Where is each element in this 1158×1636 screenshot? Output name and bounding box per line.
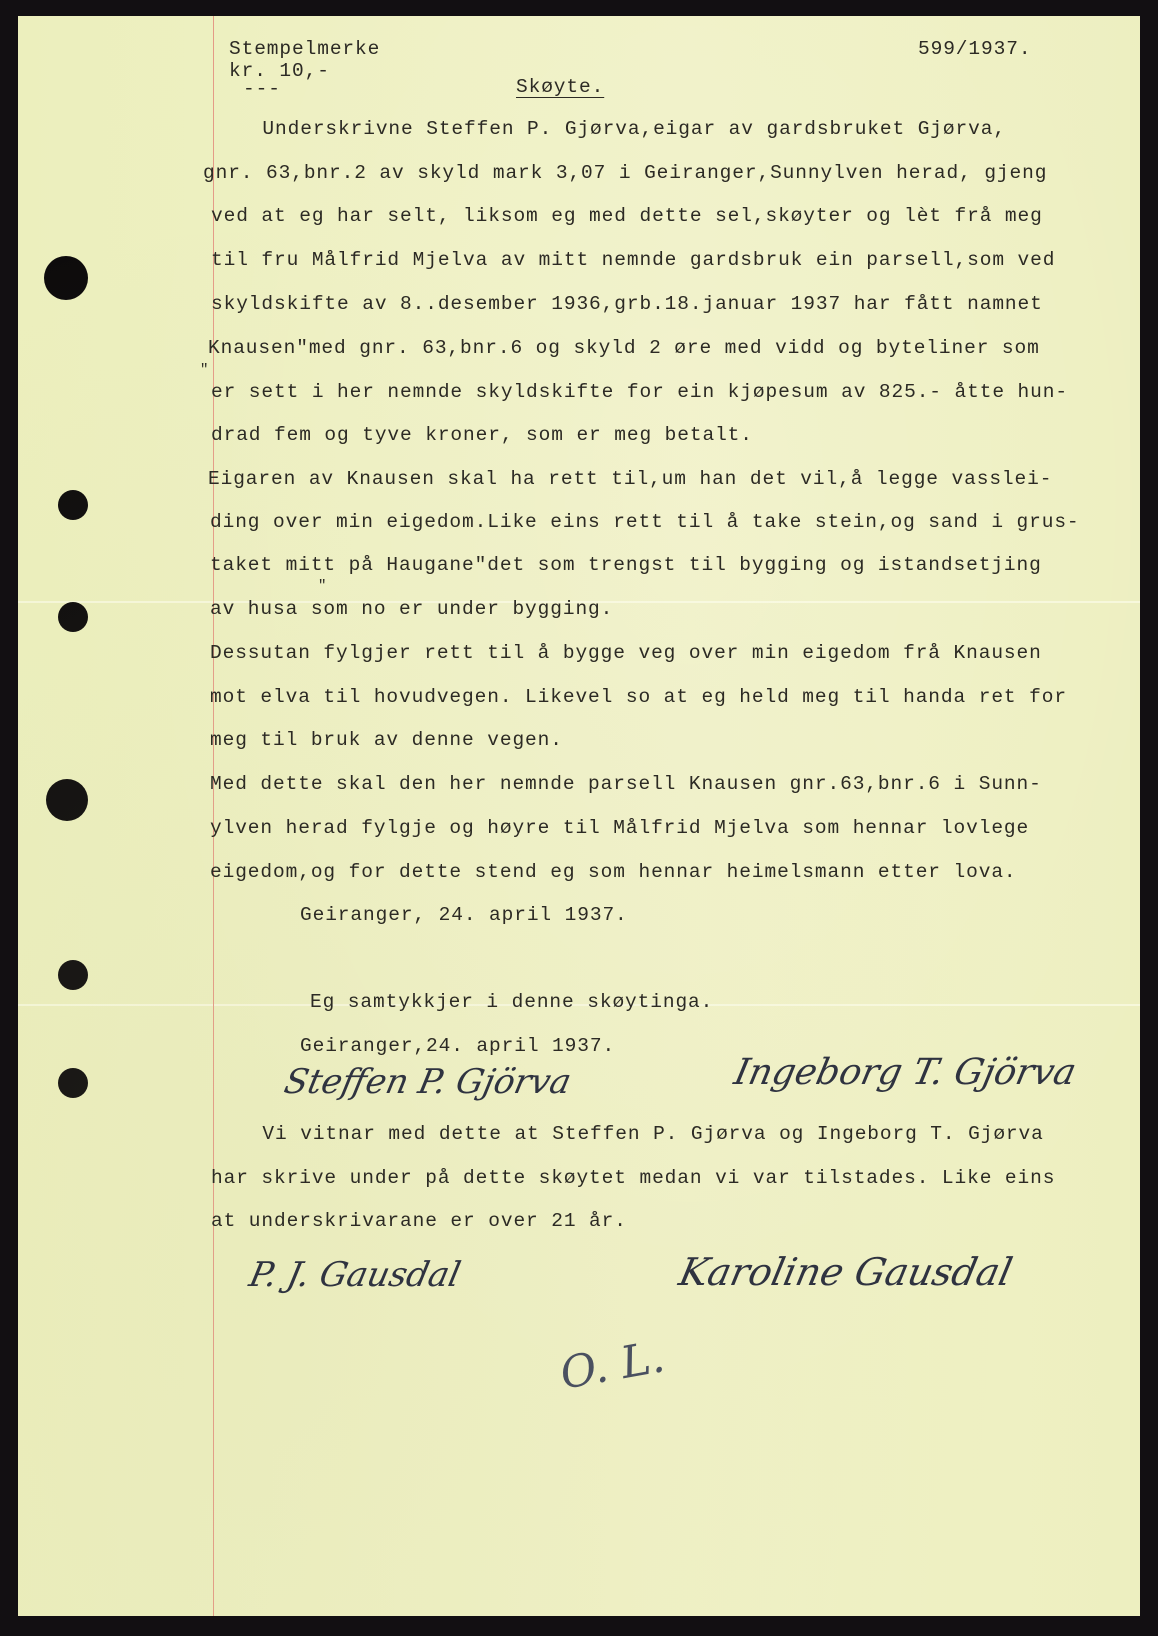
body-line: skyldskifte av 8..desember 1936,grb.18.j…	[211, 293, 1043, 315]
signature-witness-2: Karoline Gausdal	[675, 1250, 1016, 1294]
body-line: Underskrivne Steffen P. Gjørva,eigar av …	[212, 118, 1006, 140]
date-line: Geiranger,24. april 1937.	[300, 1035, 615, 1057]
punch-hole	[44, 256, 88, 300]
body-line: drad fem og tyve kroner, som er meg beta…	[211, 424, 753, 446]
punch-hole	[58, 1068, 88, 1098]
punch-hole	[58, 490, 88, 520]
body-line: av husa som no er under bygging.	[210, 598, 613, 620]
reference-number: 599/1937.	[918, 38, 1031, 60]
body-line: er sett i her nemnde skyldskifte for ein…	[211, 381, 1068, 403]
body-line: gnr. 63,bnr.2 av skyld mark 3,07 i Geira…	[203, 162, 1047, 184]
signature-witness-1: P. J. Gausdal	[246, 1255, 464, 1295]
signature-seller: Steffen P. Gjörva	[281, 1062, 575, 1102]
body-line: meg til bruk av denne vegen.	[210, 729, 563, 751]
punch-hole	[58, 602, 88, 632]
document-title: Skøyte.	[516, 76, 604, 98]
body-line: ylven herad fylgje og høyre til Målfrid …	[210, 817, 1029, 839]
body-line: Med dette skal den her nemnde parsell Kn…	[210, 773, 1042, 795]
body-line: Eigaren av Knausen skal ha rett til,um h…	[208, 468, 1052, 490]
body-line: ved at eg har selt, liksom eg med dette …	[211, 205, 1043, 227]
date-line: Geiranger, 24. april 1937.	[300, 904, 628, 926]
signature-consent: Ingeborg T. Gjörva	[731, 1052, 1080, 1093]
stamp-label: Stempelmerke	[229, 38, 380, 60]
body-line: Knausen"med gnr. 63,bnr.6 og skyld 2 øre…	[208, 337, 1040, 359]
margin-quote-mark: "	[200, 362, 209, 378]
body-line: eigedom,og for dette stend eg som hennar…	[210, 861, 1017, 883]
witness-line: Vi vitnar med dette at Steffen P. Gjørva…	[212, 1123, 1044, 1145]
consent-line: Eg samtykkjer i denne skøytinga.	[310, 991, 713, 1013]
body-line: Dessutan fylgjer rett til å bygge veg ov…	[210, 642, 1042, 664]
witness-line: har skrive under på dette skøytet medan …	[211, 1167, 1055, 1189]
body-line: mot elva til hovudvegen. Likevel so at e…	[210, 686, 1067, 708]
punch-hole	[58, 960, 88, 990]
margin-quote-mark: "	[318, 578, 327, 594]
body-line: ding over min eigedom.Like eins rett til…	[210, 511, 1080, 533]
body-line: taket mitt på Haugane"det som trengst ti…	[210, 554, 1042, 576]
body-line: til fru Målfrid Mjelva av mitt nemnde ga…	[211, 249, 1055, 271]
punch-hole	[46, 779, 88, 821]
stamp-dashes: ---	[243, 78, 281, 100]
witness-line: at underskrivarane er over 21 år.	[211, 1210, 627, 1232]
